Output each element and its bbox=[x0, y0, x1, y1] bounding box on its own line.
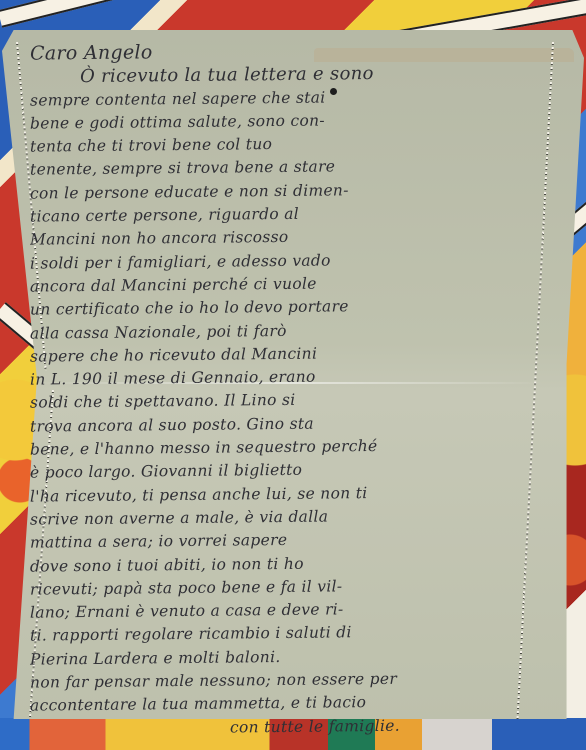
letter-closing: con tutte le famiglie. bbox=[30, 713, 530, 742]
fabric-stripe bbox=[0, 0, 254, 28]
handwritten-letter: Caro Angelo Ò ricevuto la tua lettera e … bbox=[30, 40, 530, 739]
